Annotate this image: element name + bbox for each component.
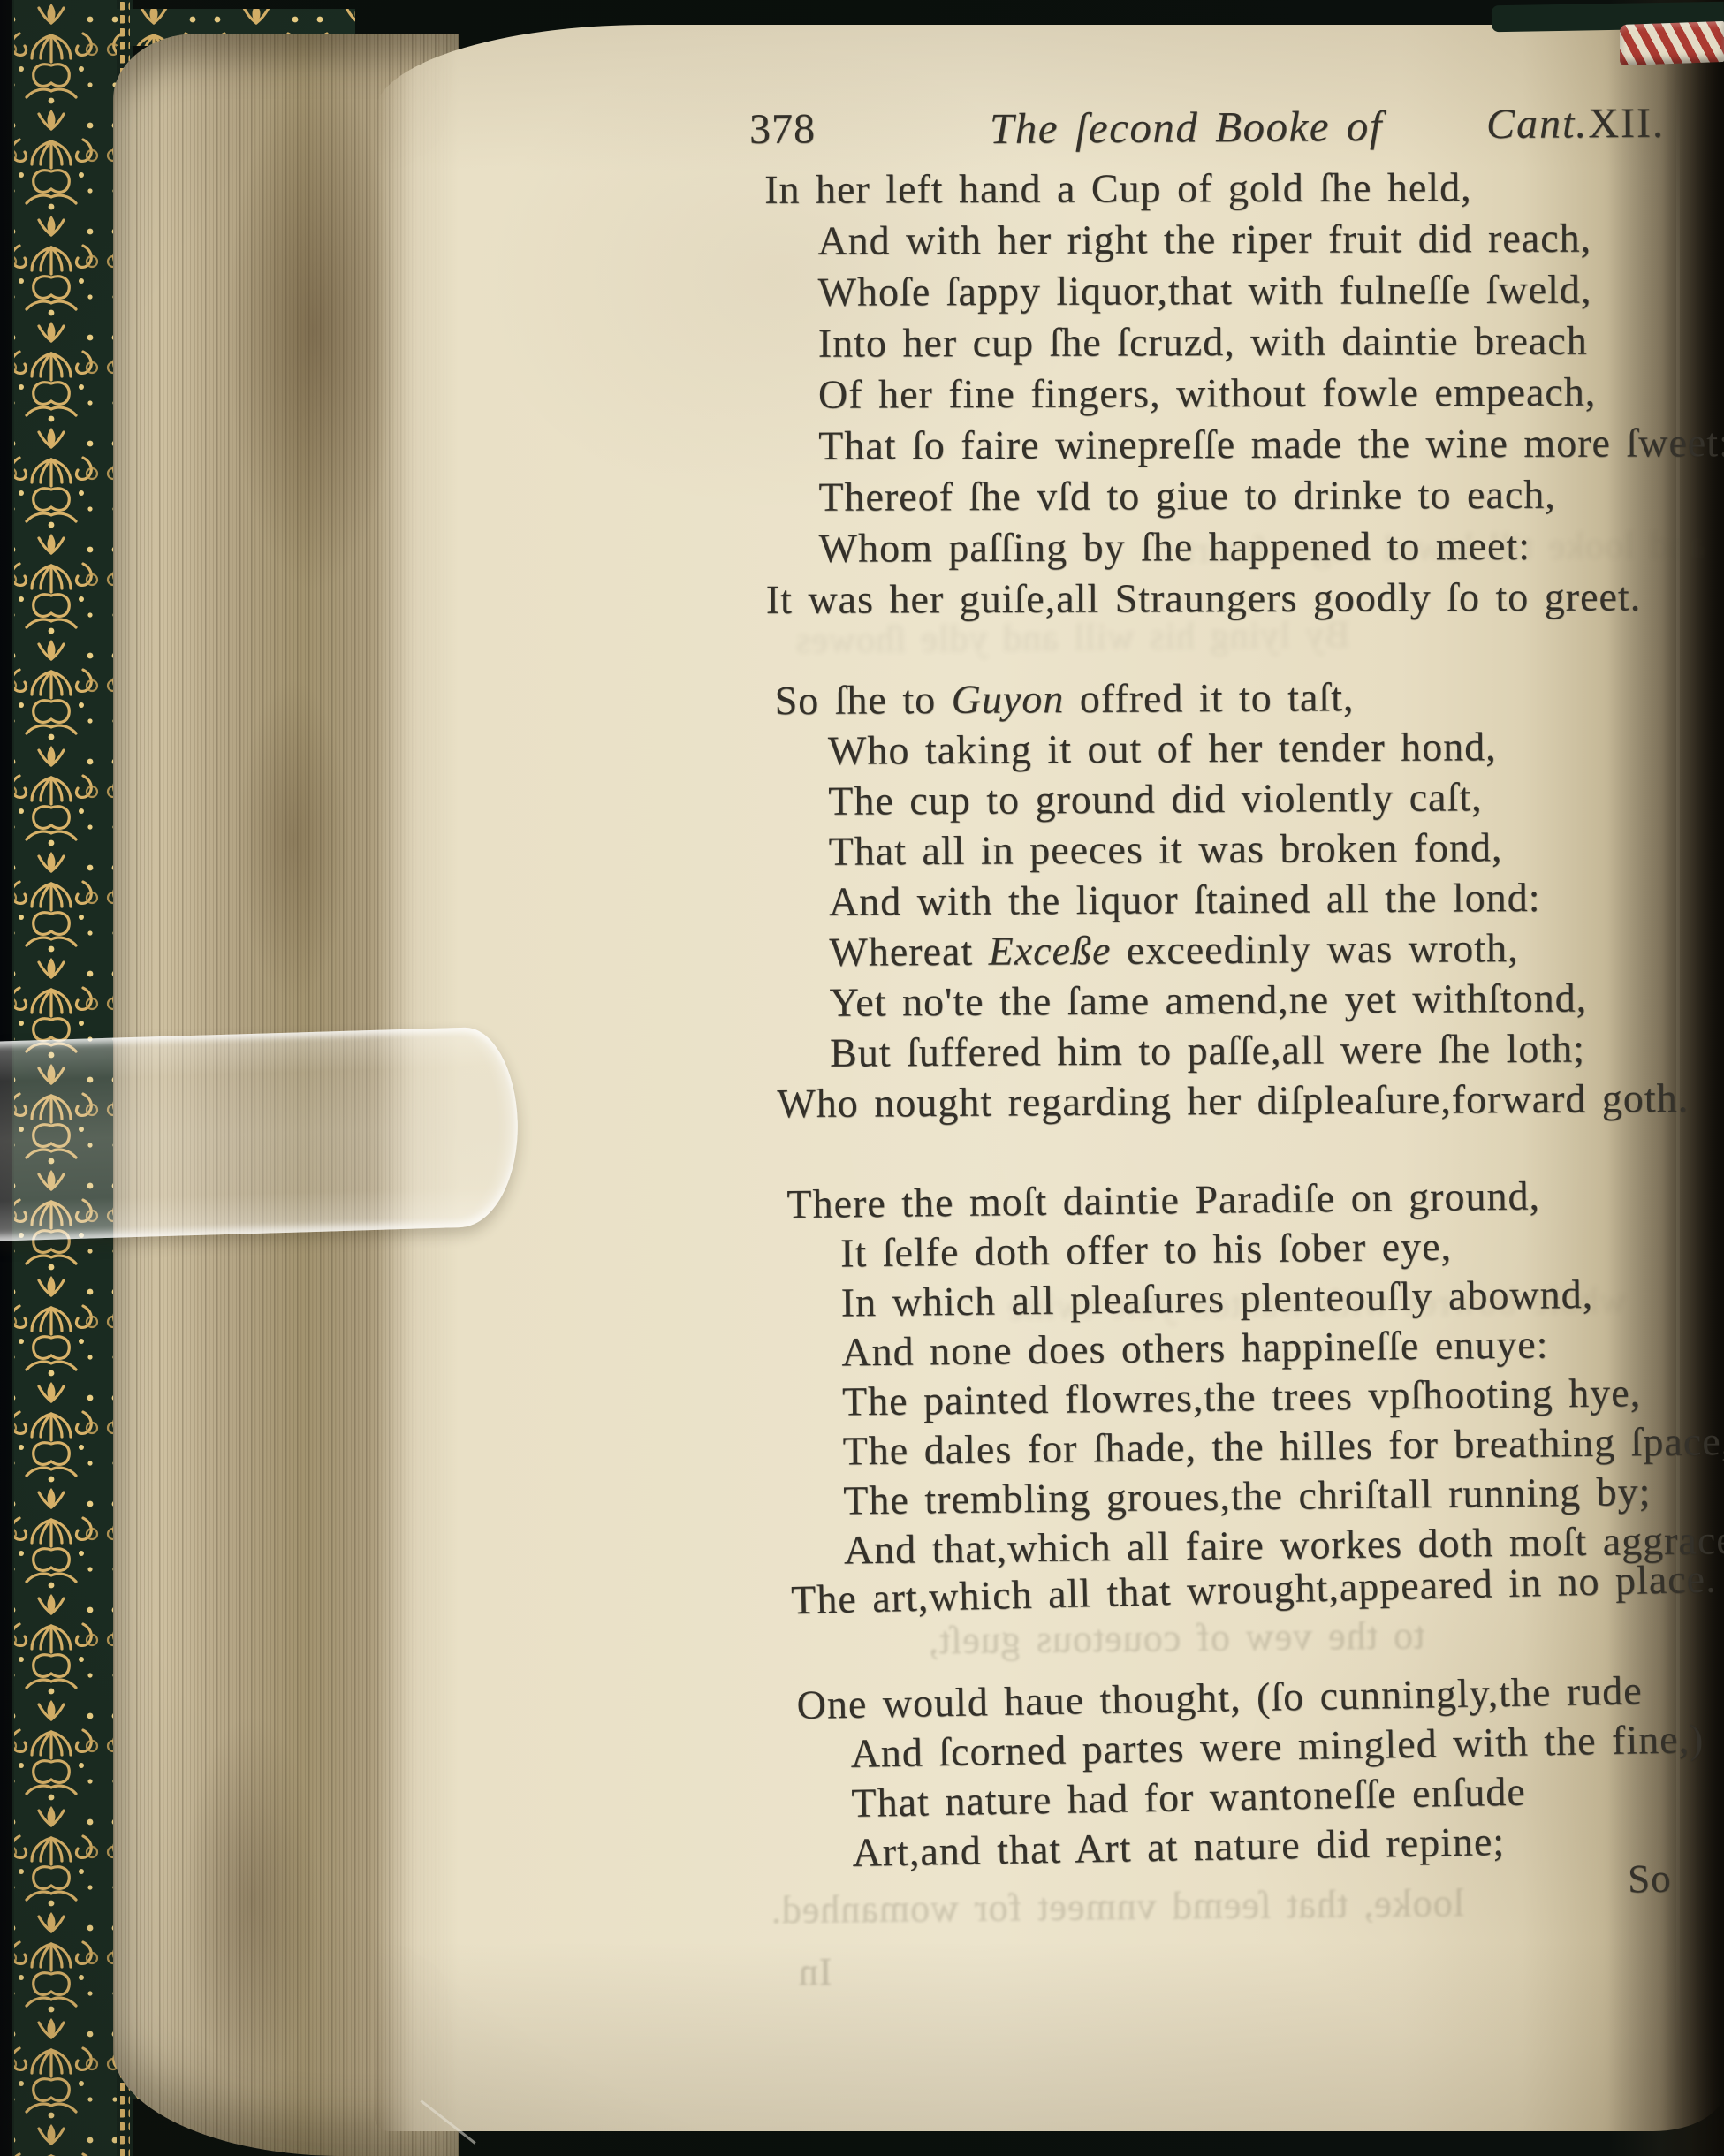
page-header: 378 The ſecond Booke of Cant.XII. — [0, 98, 1724, 163]
verse-text: Of her fine fingers, without fowle empea… — [818, 369, 1596, 417]
verse-text: exceedinly was wroth, — [1111, 925, 1518, 973]
page-number: 378 — [749, 104, 816, 154]
italic-word: Guyon — [952, 676, 1065, 722]
verse-text: Art,and that Art at nature did repine; — [852, 1818, 1505, 1875]
show-through-text: to the vew of couetous gueſt, — [928, 1613, 1425, 1663]
verse-text: And none does others happineſſe enuye: — [841, 1321, 1549, 1374]
verse-line: Of her fine fingers, without fowle empea… — [818, 368, 1724, 422]
verse-line: Thereof ſhe vſd to giue to drinke to eac… — [818, 470, 1724, 525]
verse-line: Whereat Exceße exceedinly was wroth, — [829, 923, 1688, 979]
stanza-4: One would haue thought, (ſo cunningly,th… — [796, 1666, 1706, 1879]
verse-line: Who nought regarding her diſpleaſure,for… — [777, 1074, 1689, 1130]
show-through-text: looke, that ſeemd vnmeet for womanhed. — [771, 1880, 1465, 1932]
canto-word: Cant. — [1486, 100, 1589, 148]
verse-text: Who taking it out of her tender hond, — [828, 724, 1497, 773]
verse-text: Who nought regarding her diſpleaſure,for… — [777, 1075, 1689, 1126]
verse-line: Who taking it out of her tender hond, — [828, 722, 1687, 778]
book-photo: 378 The ſecond Booke of Cant.XII. In her… — [0, 0, 1724, 2156]
verse-text: offred it to taſt, — [1064, 674, 1354, 721]
verse-line: Whoſe ſappy liquor,that with fulneſſe ſw… — [817, 265, 1724, 320]
verse-line: Into her cup ſhe ſcruzd, with daintie br… — [818, 316, 1724, 371]
show-through-text: whoſe bowres with wanton yuie twine — [1007, 1279, 1627, 1328]
verse-text: The painted flowres,the trees vpſhooting… — [842, 1370, 1642, 1423]
verse-text: That nature had for wantoneſſe enſude — [851, 1769, 1526, 1826]
verse-line: And with the liquor ſtained all the lond… — [829, 873, 1688, 929]
verse-line: In her left hand a Cup of gold ſhe held, — [764, 163, 1724, 217]
verse-text: Whoſe ſappy liquor,that with fulneſſe ſw… — [818, 267, 1592, 315]
verse-line: The cup to ground did violently caſt, — [828, 772, 1687, 828]
show-through-text: and looke till lowrd anger ſmart — [1184, 524, 1706, 572]
show-through-text: By lying his will and ydle ſhowes — [795, 614, 1350, 663]
verse-line: That ſo faire winepreſſe made the wine m… — [818, 419, 1724, 474]
stanza-2: So ſhe to Guyon offred it to taſt,Who ta… — [774, 672, 1689, 1130]
verse-text: The cup to ground did violently caſt, — [828, 774, 1483, 824]
verse-line: But ſuffered him to paſſe,all were ſhe l… — [830, 1024, 1689, 1080]
verse-text: There the moſt daintie Paradiſe on groun… — [786, 1173, 1540, 1226]
running-title: The ſecond Booke of — [990, 101, 1383, 154]
verse-text: That all in peeces it was broken fond, — [828, 824, 1502, 874]
verse-text: Whereat — [829, 929, 989, 975]
catchword: So — [1627, 1855, 1672, 1902]
verse-line: And with her right the riper fruit did r… — [817, 214, 1724, 269]
verse-text: But ſuffered him to paſſe,all were ſhe l… — [830, 1026, 1585, 1075]
verse-line: That all in peeces it was broken fond, — [828, 823, 1687, 878]
verse-text: It ſelfe doth offer to his ſober eye, — [840, 1224, 1452, 1276]
verse-text: Into her cup ſhe ſcruzd, with daintie br… — [818, 318, 1588, 366]
stanza-3: There the moſt daintie Paradiſe on groun… — [786, 1170, 1724, 1626]
verse-text: And with her right the riper fruit did r… — [817, 216, 1591, 263]
verse-text: The trembling groues,the chriſtall runni… — [843, 1469, 1652, 1522]
verse-text: And with the liquor ſtained all the lond… — [829, 875, 1541, 924]
verse-text: Thereof ſhe vſd to giue to drinke to eac… — [818, 472, 1556, 520]
verse-line: So ſhe to Guyon offred it to taſt, — [774, 672, 1686, 727]
canto-label: Cant.XII. — [1486, 99, 1665, 148]
verse-text: In her left hand a Cup of gold ſhe held, — [764, 164, 1472, 212]
acrylic-page-weight — [0, 1026, 520, 1241]
verse-text: Yet no'te the ſame amend,ne yet withſton… — [830, 976, 1588, 1025]
show-through-text: In — [798, 1949, 832, 1994]
verse-text: The dales for ſhade, the hilles for brea… — [842, 1418, 1724, 1473]
canto-numeral: XII. — [1588, 100, 1665, 148]
verse-line: Yet no'te the ſame amend,ne yet withſton… — [830, 974, 1689, 1029]
italic-word: Exceße — [988, 928, 1111, 974]
verse-text: That ſo faire winepreſſe made the wine m… — [818, 420, 1724, 468]
verse-text: So ſhe to — [774, 677, 951, 723]
